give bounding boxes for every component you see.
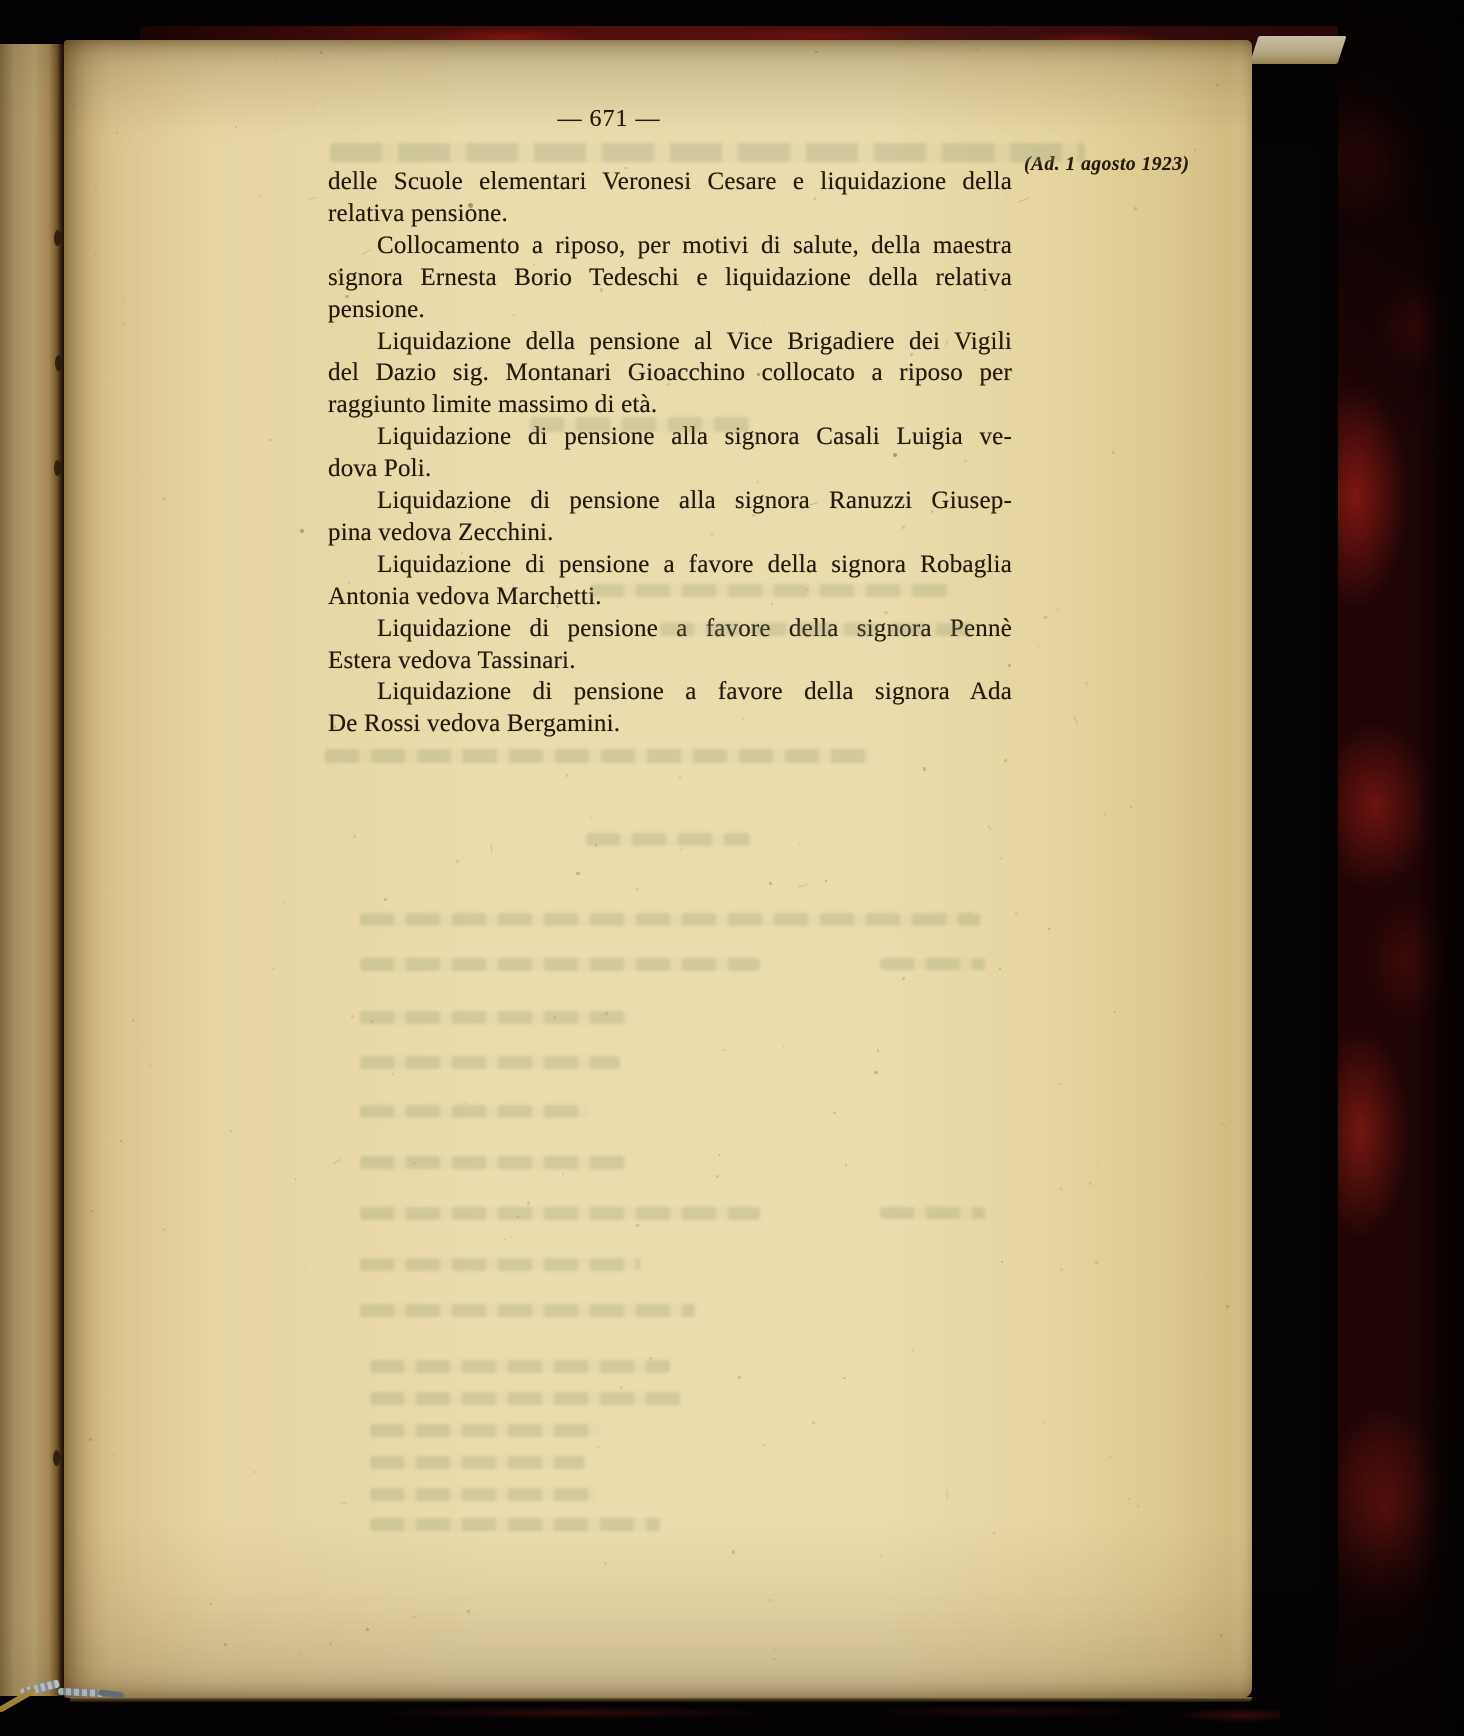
paper-speck [723,1049,726,1052]
paper-speck [504,1238,505,1239]
paper-speck [107,1211,108,1212]
paper-speck [597,1446,599,1448]
paper-speck [843,1377,846,1380]
text-line: Liquidazione di pensione a favore della … [328,551,1012,583]
paper-fiber [308,197,316,201]
paper-speck [1153,904,1154,905]
gutter-nick [55,355,62,371]
paper-speck [1038,647,1040,649]
bleed-through-text-ghost [360,1105,590,1118]
paper-speck [331,1677,332,1678]
paper-speck [295,1178,296,1179]
paper-speck [999,967,1002,970]
paper-speck [880,1555,883,1558]
paper-speck [1239,331,1241,333]
paper-speck [877,1049,879,1051]
paper-speck [392,1073,394,1075]
paper-speck [1059,1083,1061,1085]
paper-speck [1001,1261,1003,1263]
text-line: delle Scuole elementari Veronesi Cesare … [328,168,1012,200]
paper-speck [123,323,125,325]
paper-speck [1060,1268,1063,1271]
paper-speck [535,134,536,135]
paper-speck [732,1550,735,1553]
paper-speck [315,1079,317,1081]
paper-speck [566,774,569,777]
paper-speck [650,1357,652,1359]
bleed-through-text-ghost [370,1456,585,1469]
paper-speck [94,253,96,255]
paper-fiber [1220,1123,1225,1128]
paper-speck [235,126,237,128]
paper-speck [440,118,441,119]
paper-speck [1137,1505,1140,1508]
paper-speck [923,767,926,770]
bleed-through-text-ghost [530,417,750,432]
paper-speck [769,882,772,885]
paper-speck [91,1626,93,1628]
paper-speck [329,1642,332,1645]
paper-speck [353,835,356,838]
paper-speck [576,872,579,875]
paper-speck [529,943,531,945]
bleed-through-text-ghost [370,1360,670,1373]
page-bottom-edge [70,1697,1252,1702]
paper-speck [763,1444,766,1447]
paper-speck [1216,83,1218,85]
paper-speck [300,1653,302,1655]
bleed-through-text-ghost [586,833,750,846]
paper-speck [636,1224,639,1227]
bleed-through-text-ghost [880,1207,985,1219]
page-number: — 671 — [544,106,674,133]
paper-speck [122,301,124,303]
paper-speck [1217,84,1219,86]
paper-speck [95,188,97,190]
book-scan-canvas: { "book_page": { "page_header": "— 671 —… [0,0,1464,1736]
bleed-through-text-ghost [360,1056,620,1069]
bleed-through-text-ghost [360,958,760,971]
bleed-through-text-ghost [590,584,950,597]
paper-fiber [1018,196,1029,202]
paper-fiber [1073,716,1078,724]
bleed-through-text-ghost [360,913,980,926]
text-line: relativa pensione. [328,200,1012,232]
paper-speck [1060,848,1061,849]
paper-speck [1113,1011,1115,1013]
paper-speck [815,51,818,54]
text-line: del Dazio sig. Montanari Gioacchino coll… [328,359,1012,391]
paper-speck [738,1376,741,1379]
paper-speck [694,947,696,949]
paper-speck [902,977,905,980]
fore-edge-page-stack [1250,34,1392,1706]
paper-speck [874,1071,877,1074]
paper-speck [290,1333,291,1334]
paper-speck [467,1610,470,1613]
paper-speck [224,1643,227,1646]
bleed-through-text-ghost [360,1207,760,1220]
paper-speck [1000,857,1003,860]
paper-fiber [946,1490,948,1500]
paper-speck [1128,1498,1130,1500]
paper-speck [1194,149,1196,151]
foxing-spot [300,529,304,533]
paper-speck [620,1386,622,1388]
paper-speck [366,1628,369,1631]
bleed-through-text-ghost [370,1488,595,1501]
gutter-nick [53,1450,60,1466]
bleed-through-text-ghost [330,143,1085,162]
text-line: dova Poli. [328,455,1012,487]
paper-speck [1060,1188,1062,1190]
paper-speck [604,1562,607,1565]
bleed-through-text-ghost [325,749,870,763]
paper-speck [234,183,236,185]
paper-speck [1095,1261,1098,1264]
text-line: Liquidazione di pensione alla signora Ra… [328,487,1012,519]
paper-speck [666,1158,667,1159]
paper-speck [847,1052,848,1053]
paper-speck [562,1173,564,1175]
paper-speck [798,843,800,845]
paper-speck [679,775,682,778]
text-line: Estera vedova Tassinari. [328,647,1012,679]
bleed-through-text-ghost [360,1304,695,1317]
text-line: pensione. [328,296,1012,328]
paper-speck [716,1175,719,1178]
paper-speck [1220,1634,1223,1637]
paper-speck [384,898,387,901]
paper-speck [163,498,165,500]
bleed-through-text-ghost [370,1392,680,1405]
paper-speck [1178,755,1179,756]
paper-speck [976,48,979,51]
bleed-through-text-ghost [360,1156,625,1169]
bleed-through-text-ghost [370,1424,600,1437]
paper-speck [91,1210,93,1212]
paper-speck [351,1015,354,1018]
paper-speck [232,1680,233,1681]
paper-speck [304,1266,306,1268]
paper-speck [1112,451,1115,454]
paper-fiber [798,884,807,888]
paper-speck [773,1649,775,1651]
paper-speck [1085,682,1088,685]
paper-speck [596,1489,598,1491]
paper-speck [527,1201,530,1204]
paper-fiber [412,1616,416,1618]
paper-speck [465,1102,467,1104]
paper-speck [149,1064,151,1066]
paper-speck [783,1046,785,1048]
paper-speck [320,51,323,54]
paper-speck [936,1090,937,1091]
paper-speck [1097,1162,1099,1164]
paper-speck [590,816,592,818]
text-line: Liquidazione di pensione a favore della … [328,678,1012,710]
paper-speck [1226,1305,1229,1308]
text-line: Collocamento a riposo, per motivi di sal… [328,232,1012,264]
facing-page-gutter [0,44,64,1696]
paper-speck [1130,806,1132,808]
paper-speck [773,1658,775,1660]
paper-speck [116,132,118,134]
paper-speck [279,983,281,985]
paper-speck [1056,608,1058,610]
paper-speck [1089,1182,1091,1184]
paper-speck [1004,759,1007,762]
paper-speck [1134,207,1137,210]
paper-speck [1106,1271,1108,1273]
paper-speck [210,1603,212,1605]
paper-speck [1015,912,1017,914]
paper-speck [845,1164,846,1165]
bleed-through-text-ghost [880,958,985,970]
paper-speck [275,57,277,59]
paper-speck [269,439,272,442]
paper-speck [1082,644,1083,645]
gutter-nick [54,460,61,476]
paper-speck [113,1454,114,1455]
paper-speck [1205,1278,1206,1279]
paper-speck [833,1112,835,1114]
paper-speck [993,1532,995,1534]
paper-speck [72,105,75,108]
text-line: De Rossi vedova Bergamini. [328,710,1012,742]
book-page: — 671 — (Ad. 1 agosto 1923) delle Scuole… [64,40,1252,1698]
paper-speck [1103,813,1106,816]
paper-speck [825,880,826,881]
paper-speck [91,639,92,640]
paper-speck [769,1599,772,1602]
paper-speck [1043,1422,1045,1424]
paper-speck [776,1127,778,1129]
paper-speck [259,194,262,197]
paper-speck [89,1438,92,1441]
paper-speck [1109,1456,1111,1458]
paper-speck [230,1130,232,1132]
paper-speck [1048,928,1050,930]
paper-speck [163,1228,166,1231]
paper-speck [253,1471,255,1473]
text-line: Liquidazione della pensione al Vice Brig… [328,328,1012,360]
paper-speck [142,479,143,480]
bleed-through-text-ghost [360,1258,640,1271]
paper-speck [313,103,315,105]
paper-speck [132,1019,135,1022]
paper-speck [389,1196,390,1197]
fore-edge-top-highlight [1249,36,1346,64]
paper-speck [283,901,286,904]
bottom-cover-glints [300,1702,1280,1726]
paper-speck [636,888,638,890]
paper-speck [76,291,77,292]
paper-fiber [332,1158,340,1164]
paper-speck [120,1140,122,1142]
paper-fiber [341,1502,347,1504]
text-line: pina vedova Zecchini. [328,519,1012,551]
paper-speck [812,1421,815,1424]
gutter-nick [54,230,61,246]
bleed-through-text-ghost [360,1011,630,1024]
paper-fiber [490,844,492,853]
paper-speck [719,1154,720,1155]
paper-speck [912,1349,914,1351]
bleed-through-text-ghost [660,623,975,636]
paper-speck [272,968,273,969]
paper-speck [1139,150,1140,151]
paper-speck [680,848,683,851]
bleed-through-text-ghost [370,1518,660,1531]
paper-fiber [987,825,991,829]
paper-speck [511,1236,512,1237]
paper-speck [780,850,782,852]
paper-speck [611,1196,612,1197]
paper-speck [143,1042,145,1044]
text-line: signora Ernesta Borio Tedeschi e liquida… [328,264,1012,296]
paper-speck [1044,616,1047,619]
paper-speck [456,860,459,863]
